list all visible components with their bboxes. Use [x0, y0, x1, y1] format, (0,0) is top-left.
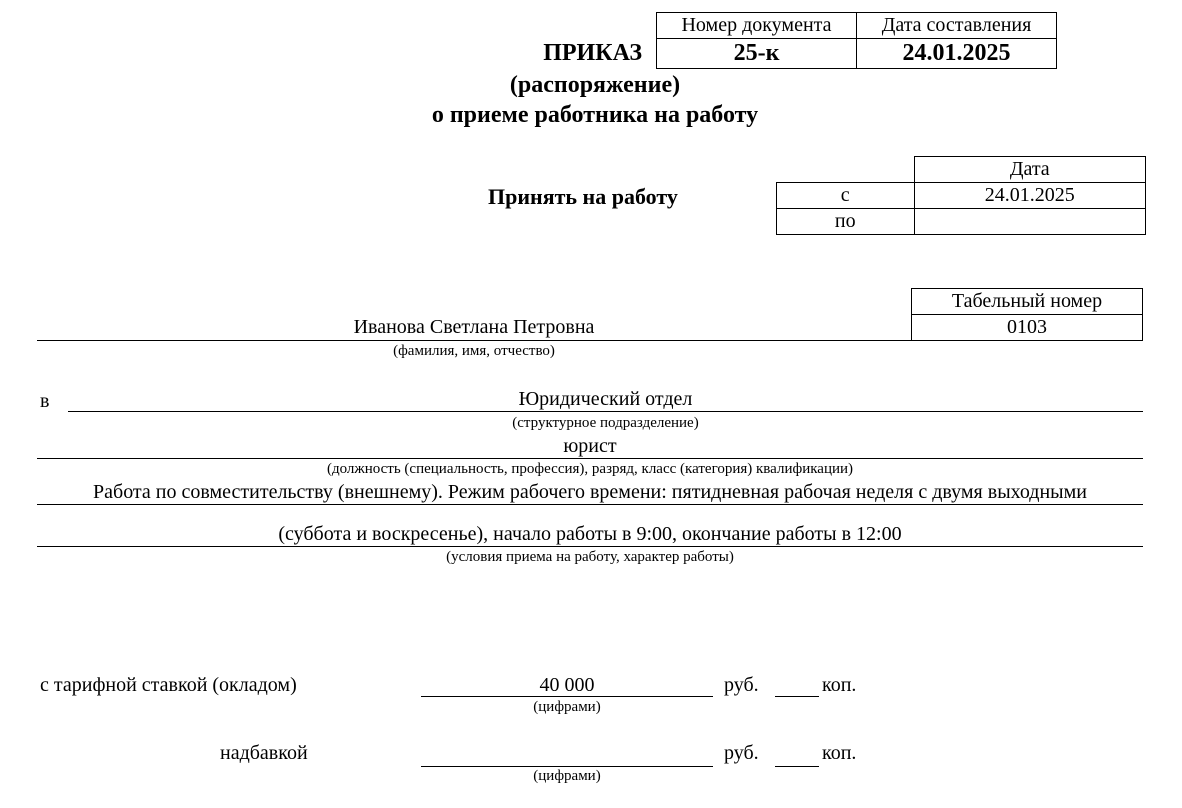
document-heading: о приеме работника на работу [380, 102, 810, 129]
hire-label: Принять на работу [488, 184, 678, 210]
hire-date-table: Дата с 24.01.2025 по [776, 156, 1146, 235]
tab-number-table: Табельный номер 0103 [911, 288, 1143, 341]
bonus-rub-label: руб. [724, 742, 759, 765]
rate-value[interactable]: 40 000 [421, 674, 713, 697]
conditions-line2-rule [37, 546, 1143, 547]
conditions-line1[interactable]: Работа по совместительству (внешнему). Р… [37, 481, 1143, 504]
document-title: ПРИКАЗ [520, 40, 642, 67]
employee-name-line [37, 340, 913, 341]
rate-caption: (цифрами) [421, 699, 713, 716]
date-table-blank [777, 157, 915, 183]
bonus-label: надбавкой [220, 742, 308, 765]
tab-number-header: Табельный номер [912, 289, 1143, 315]
rate-kop-line [775, 696, 819, 697]
department-line [68, 411, 1143, 412]
rate-kop-label: коп. [822, 674, 856, 697]
doc-number-table: Номер документа Дата составления 25-к 24… [656, 12, 1057, 69]
bonus-caption: (цифрами) [421, 768, 713, 785]
doc-date-value: 24.01.2025 [857, 39, 1057, 69]
bonus-kop-label: коп. [822, 742, 856, 765]
rate-rub-label: руб. [724, 674, 759, 697]
bonus-line [421, 766, 713, 767]
conditions-line2[interactable]: (суббота и воскресенье), начало работы в… [37, 523, 1143, 546]
position-line [37, 458, 1143, 459]
conditions-caption: (условия приема на работу, характер рабо… [37, 549, 1143, 566]
doc-date-header: Дата составления [857, 13, 1057, 39]
rate-line [421, 696, 713, 697]
date-header: Дата [914, 157, 1146, 183]
document-subtitle: (распоряжение) [440, 72, 750, 99]
bonus-kop-line [775, 766, 819, 767]
rate-label: с тарифной ставкой (окладом) [40, 674, 297, 697]
position-caption: (должность (специальность, профессия), р… [37, 461, 1143, 478]
date-from-label: с [777, 183, 915, 209]
department-prefix: в [40, 390, 49, 413]
doc-number-header: Номер документа [657, 13, 857, 39]
employee-name-caption: (фамилия, имя, отчество) [37, 343, 911, 360]
date-from-value[interactable]: 24.01.2025 [914, 183, 1146, 209]
department-value[interactable]: Юридический отдел [68, 388, 1143, 411]
date-to-label: по [777, 209, 915, 235]
conditions-line1-rule [37, 504, 1143, 505]
tab-number-value[interactable]: 0103 [912, 315, 1143, 341]
doc-number-value: 25-к [657, 39, 857, 69]
department-caption: (структурное подразделение) [68, 415, 1143, 432]
employee-name[interactable]: Иванова Светлана Петровна [37, 316, 911, 339]
date-to-value[interactable] [914, 209, 1146, 235]
position-value[interactable]: юрист [37, 435, 1143, 458]
